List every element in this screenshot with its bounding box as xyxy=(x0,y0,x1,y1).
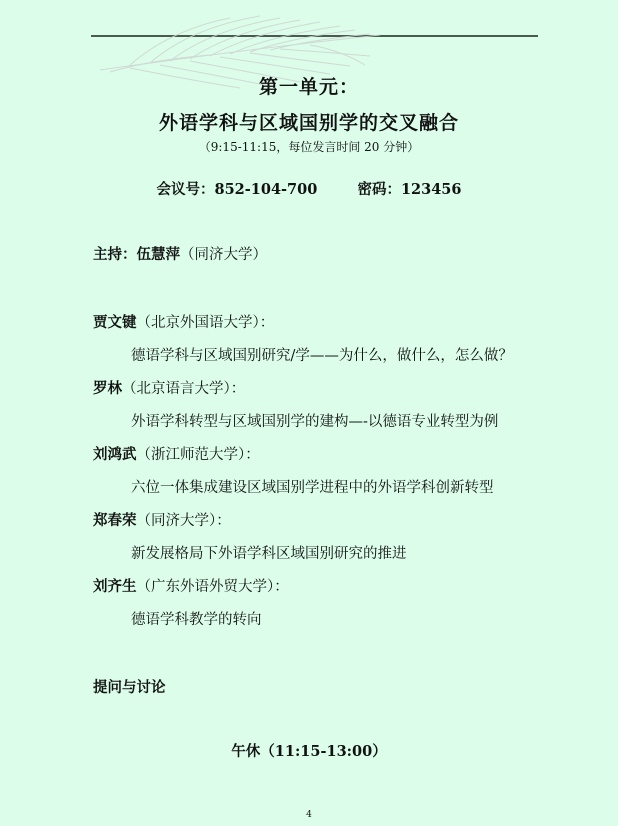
page-number: 4 xyxy=(0,810,618,820)
password-label: 密码： xyxy=(357,181,401,198)
talk-title: 新发展格局下外语学科区域国别研究的推进 xyxy=(131,542,407,563)
speaker-name: 罗林 xyxy=(93,380,122,397)
talk-title: 外语学科转型与区域国别学的建构—-以德语专业转型为例 xyxy=(131,410,498,431)
speaker-affiliation: （广东外语外贸大学）： xyxy=(137,579,289,595)
host-line: 主持：伍慧萍（同济大学） xyxy=(93,243,267,264)
lunch-break: 午休（11:15-13:00） xyxy=(0,740,618,761)
session-title-topic: 外语学科与区域国别学的交叉融合 xyxy=(0,108,618,135)
host-label: 主持： xyxy=(93,246,137,263)
speaker-line: 刘齐生（广东外语外贸大学）： xyxy=(93,575,289,596)
speaker-line: 郑春荣（同济大学）： xyxy=(93,509,231,530)
speaker-name: 刘鸿武 xyxy=(93,446,137,463)
host-affiliation: （同济大学） xyxy=(180,247,267,263)
meeting-info: 会议号：852-104-700 密码：123456 xyxy=(0,178,618,199)
speaker-name: 贾文键 xyxy=(93,314,137,331)
speaker-line: 刘鸿武（浙江师范大学）： xyxy=(93,443,260,464)
speaker-affiliation: （同济大学）： xyxy=(137,513,231,529)
talk-title: 六位一体集成建设区域国别学进程中的外语学科创新转型 xyxy=(131,476,494,497)
speaker-affiliation: （浙江师范大学）： xyxy=(137,447,260,463)
speaker-line: 罗林（北京语言大学）： xyxy=(93,377,245,398)
meeting-id: 852-104-700 xyxy=(214,181,317,198)
password: 123456 xyxy=(401,181,462,198)
speaker-line: 贾文键（北京外国语大学）： xyxy=(93,311,274,332)
speaker-name: 刘齐生 xyxy=(93,578,137,595)
session-title-unit: 第一单元： xyxy=(0,72,618,99)
talk-title: 德语学科与区域国别研究/学——为什么，做什么，怎么做？ xyxy=(131,344,513,365)
speaker-name: 郑春荣 xyxy=(93,512,137,529)
discussion-heading: 提问与讨论 xyxy=(93,676,166,697)
session-time-note: （9:15-11:15，每位发言时间 20 分钟） xyxy=(0,138,618,155)
speaker-affiliation: （北京语言大学）： xyxy=(122,381,245,397)
host-name: 伍慧萍 xyxy=(137,246,181,263)
talk-title: 德语学科教学的转向 xyxy=(131,608,262,629)
meeting-id-label: 会议号： xyxy=(156,181,214,198)
speaker-affiliation: （北京外国语大学）： xyxy=(137,315,275,331)
